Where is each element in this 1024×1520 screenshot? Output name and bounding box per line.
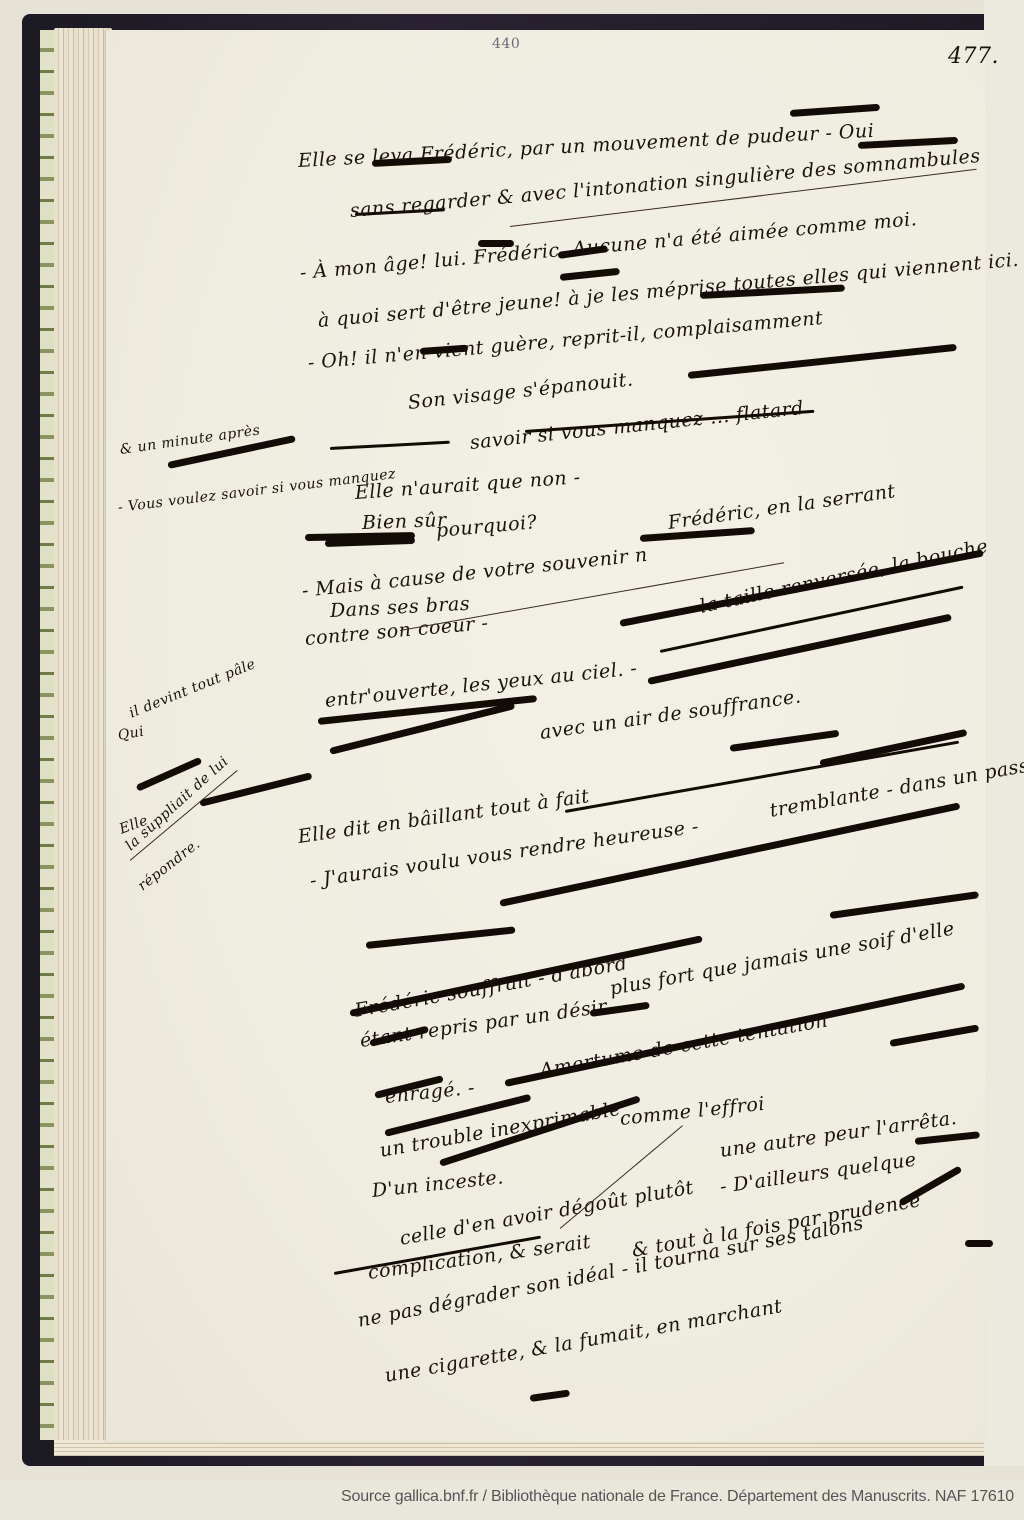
marbled-endpaper	[40, 30, 54, 1440]
folio-number: 477.	[948, 44, 999, 69]
pencil-page-number: 440	[492, 36, 520, 52]
page-stack-bottom	[54, 1440, 984, 1456]
page-stack-edge	[54, 28, 112, 1446]
strike-mark	[478, 240, 514, 247]
strike-mark	[965, 1240, 993, 1247]
source-caption: Source gallica.bnf.fr / Bibliothèque nat…	[341, 1488, 1014, 1506]
manuscript-line: Bien sûr	[362, 509, 447, 534]
